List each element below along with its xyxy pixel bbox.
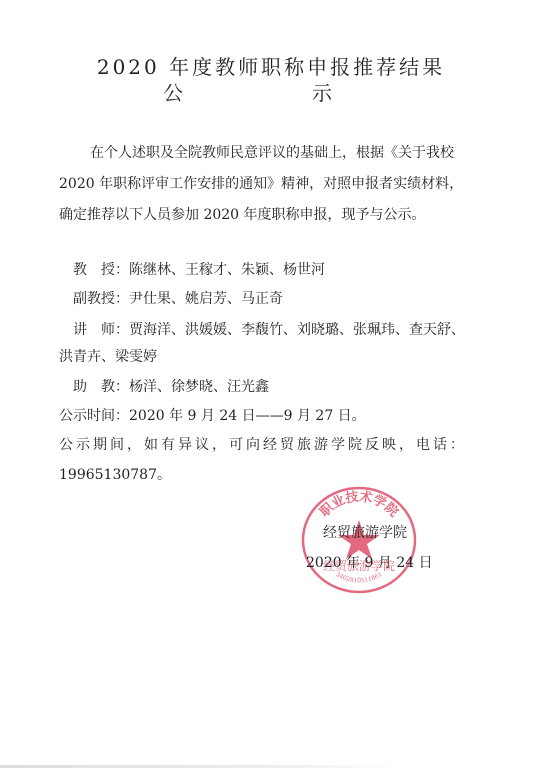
recommendation-associate-professor: 副教授：尹仕果、姚启芳、马正奇 (73, 288, 283, 308)
recommendation-lecturer: 讲 师：贾海洋、洪媛媛、李馥竹、刘晓璐、张珮玮、查天舒、 (73, 319, 465, 339)
title-subheading-left: 公 (163, 77, 183, 106)
intro-line-1: 在个人述职及全院教师民意评议的基础上，根据《关于我校 (90, 142, 454, 162)
names: 洪青卉、梁雯婷 (59, 349, 157, 365)
intro-line-3: 确定推荐以下人员参加 2020 年度职称申报，现予与公示。 (59, 204, 426, 224)
names: 贾海洋、洪媛媛、李馥竹、刘晓璐、张珮玮、查天舒、 (129, 322, 465, 338)
signature-organization: 经贸旅游学院 (323, 522, 407, 542)
document-title: 2020 年度教师职称申报推荐结果 (16, 51, 526, 80)
document-page: 2020 年度教师职称申报推荐结果 公 示 在个人述职及全院教师民意评议的基础上… (0, 0, 538, 768)
phone-number: 19965130787。 (59, 464, 171, 484)
svg-text:职业技术学院: 职业技术学院 (316, 488, 401, 520)
contact-line: 公示期间，如有异议，可向经贸旅游学院反映，电话： (59, 434, 467, 454)
intro-line-2: 2020 年职称评审工作安排的通知》精神，对照申报者实绩材料， (59, 173, 463, 193)
recommendation-professor: 教 授：陈继林、王稼才、朱颖、杨世河 (73, 259, 325, 279)
title-subheading-right: 示 (312, 77, 332, 106)
rank-label: 副教授： (73, 291, 129, 307)
recommendation-lecturer-continued: 洪青卉、梁雯婷 (59, 346, 157, 366)
rank-label: 讲 师： (73, 322, 129, 338)
signature-date: 2020 年 9 月 24 日 (306, 552, 433, 572)
names: 尹仕果、姚启芳、马正奇 (129, 291, 283, 307)
notice-period: 公示时间：2020 年 9 月 24 日——9 月 27 日。 (59, 405, 366, 425)
rank-label: 助 教： (73, 379, 129, 395)
rank-label: 教 授： (73, 262, 129, 278)
recommendation-teaching-assistant: 助 教：杨洋、徐梦晓、汪光鑫 (73, 376, 269, 396)
names: 陈继林、王稼才、朱颖、杨世河 (129, 262, 325, 278)
names: 杨洋、徐梦晓、汪光鑫 (129, 379, 269, 395)
